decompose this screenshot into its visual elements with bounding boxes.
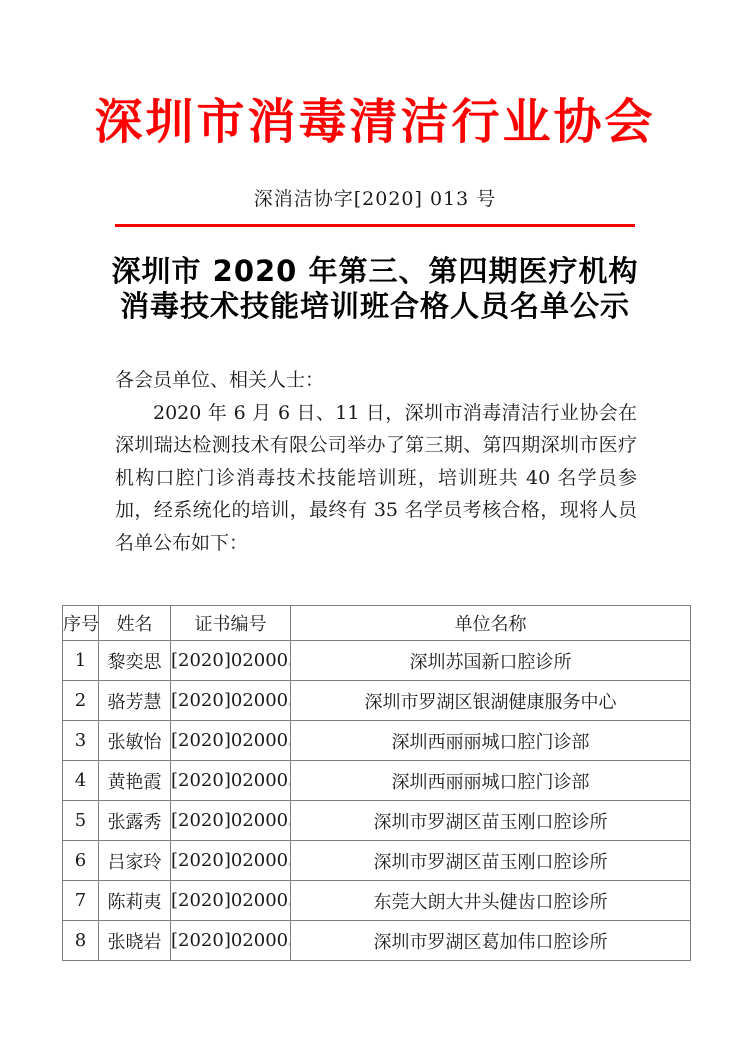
organization-title: 深圳市消毒清洁行业协会 — [0, 94, 750, 152]
name-cell: 骆芳慧 — [99, 681, 171, 721]
cert-number-cell: [2020]0200054 — [171, 721, 291, 761]
header-cell-org: 单位名称 — [291, 606, 691, 641]
table-row: 8 张晓岩 [2020]0200059 深圳市罗湖区葛加伟口腔诊所 — [63, 921, 691, 961]
row-index-cell: 4 — [63, 761, 99, 801]
header-cell-name: 姓名 — [99, 606, 171, 641]
notice-title-line-2: 消毒技术技能培训班合格人员名单公示 — [0, 289, 750, 324]
cert-number-cell: [2020]0200055 — [171, 761, 291, 801]
name-cell: 黄艳霞 — [99, 761, 171, 801]
org-name-cell: 东莞大朗大井头健齿口腔诊所 — [291, 881, 691, 921]
org-name-cell: 深圳市罗湖区苗玉刚口腔诊所 — [291, 801, 691, 841]
table-row: 1 黎奕思 [2020]0200052 深圳苏国新口腔诊所 — [63, 641, 691, 681]
row-index-cell: 1 — [63, 641, 99, 681]
notice-body: 各会员单位、相关人士： 2020 年 6 月 6 日、11 日，深圳市消毒清洁行… — [115, 364, 637, 559]
cert-number-cell: [2020]0200059 — [171, 921, 291, 961]
cert-number-cell: [2020]0200058 — [171, 881, 291, 921]
cert-number-cell: [2020]0200057 — [171, 841, 291, 881]
row-index-cell: 2 — [63, 681, 99, 721]
body-paragraph: 2020 年 6 月 6 日、11 日，深圳市消毒清洁行业协会在深圳瑞达检测技术… — [115, 397, 637, 560]
org-name-cell: 深圳市罗湖区葛加伟口腔诊所 — [291, 921, 691, 961]
name-cell: 吕家玲 — [99, 841, 171, 881]
notice-title-line-1: 深圳市 2020 年第三、第四期医疗机构 — [0, 254, 750, 289]
name-cell: 张露秀 — [99, 801, 171, 841]
name-cell: 张晓岩 — [99, 921, 171, 961]
org-name-cell: 深圳西丽丽城口腔门诊部 — [291, 721, 691, 761]
row-index-cell: 3 — [63, 721, 99, 761]
header-cell-cert: 证书编号 — [171, 606, 291, 641]
name-cell: 张敏怡 — [99, 721, 171, 761]
table-row: 7 陈莉夷 [2020]0200058 东莞大朗大井头健齿口腔诊所 — [63, 881, 691, 921]
table-row: 2 骆芳慧 [2020]0200053 深圳市罗湖区银湖健康服务中心 — [63, 681, 691, 721]
org-name-cell: 深圳市罗湖区苗玉刚口腔诊所 — [291, 841, 691, 881]
row-index-cell: 5 — [63, 801, 99, 841]
row-index-cell: 8 — [63, 921, 99, 961]
org-name-cell: 深圳苏国新口腔诊所 — [291, 641, 691, 681]
table-row: 6 吕家玲 [2020]0200057 深圳市罗湖区苗玉刚口腔诊所 — [63, 841, 691, 881]
salutation: 各会员单位、相关人士： — [115, 364, 637, 397]
cert-number-cell: [2020]0200053 — [171, 681, 291, 721]
notice-title: 深圳市 2020 年第三、第四期医疗机构 消毒技术技能培训班合格人员名单公示 — [0, 254, 750, 324]
name-cell: 黎奕思 — [99, 641, 171, 681]
notice-document-page: 深圳市消毒清洁行业协会 深消洁协字[2020] 013 号 深圳市 2020 年… — [0, 0, 750, 1060]
cert-number-cell: [2020]0200052 — [171, 641, 291, 681]
qualified-personnel-table: 序号 姓名 证书编号 单位名称 1 黎奕思 [2020]0200052 深圳苏国… — [62, 605, 691, 961]
table-header-row: 序号 姓名 证书编号 单位名称 — [63, 606, 691, 641]
table-row: 3 张敏怡 [2020]0200054 深圳西丽丽城口腔门诊部 — [63, 721, 691, 761]
row-index-cell: 6 — [63, 841, 99, 881]
row-index-cell: 7 — [63, 881, 99, 921]
document-number: 深消洁协字[2020] 013 号 — [0, 187, 750, 211]
org-name-cell: 深圳西丽丽城口腔门诊部 — [291, 761, 691, 801]
red-divider-line — [115, 224, 635, 227]
cert-number-cell: [2020]0200056 — [171, 801, 291, 841]
table-row: 5 张露秀 [2020]0200056 深圳市罗湖区苗玉刚口腔诊所 — [63, 801, 691, 841]
header-cell-index: 序号 — [63, 606, 99, 641]
table-row: 4 黄艳霞 [2020]0200055 深圳西丽丽城口腔门诊部 — [63, 761, 691, 801]
name-cell: 陈莉夷 — [99, 881, 171, 921]
org-name-cell: 深圳市罗湖区银湖健康服务中心 — [291, 681, 691, 721]
